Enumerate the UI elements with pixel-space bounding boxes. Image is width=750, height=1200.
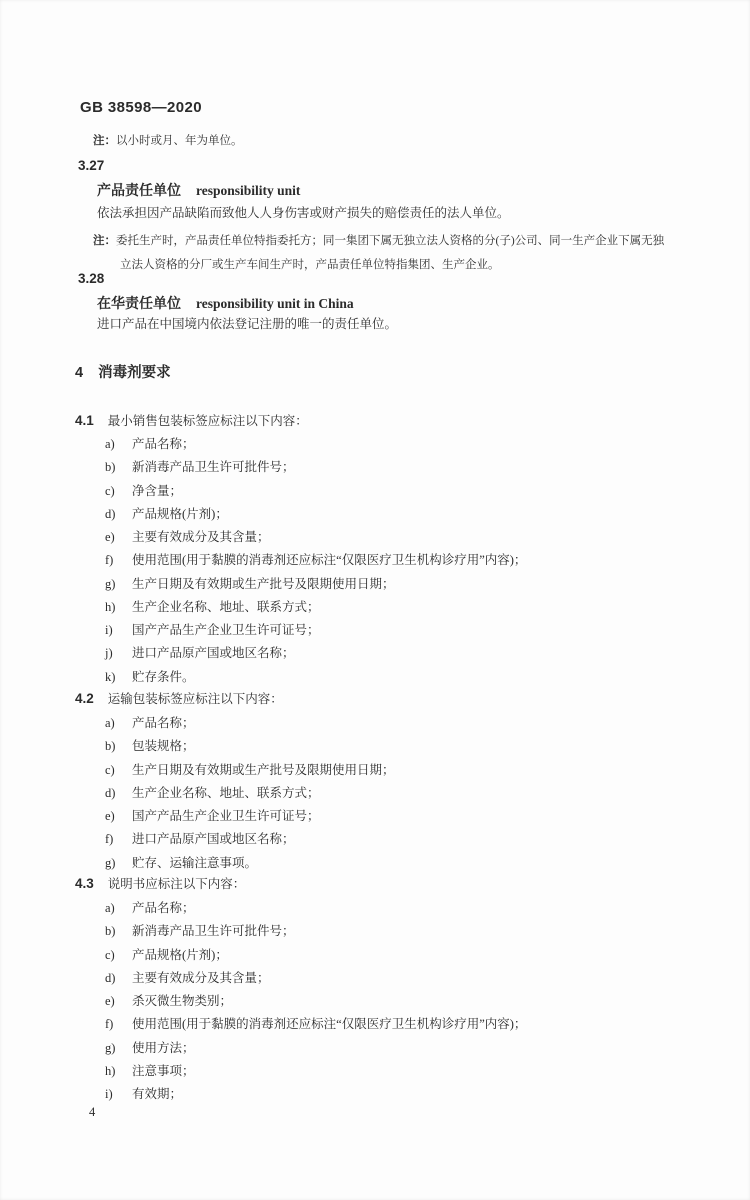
list-item: a)产品名称； [105, 712, 395, 735]
clause-text: 运输包装标签应标注以下内容： [108, 692, 283, 706]
note-line-2: 立法人资格的分厂或生产车间生产时，产品责任单位特指集团、生产企业。 [93, 254, 664, 278]
clause-number: 4.2 [75, 691, 94, 706]
item-marker: e) [105, 990, 132, 1013]
clause-4-1: 4.1最小销售包装标签应标注以下内容： [75, 411, 308, 431]
list-item: i)国产产品生产企业卫生许可证号； [105, 619, 526, 642]
list-item: h)注意事项； [105, 1060, 526, 1083]
list-item: c)净含量； [105, 480, 526, 503]
list-item: g)使用方法； [105, 1037, 526, 1060]
item-text: 主要有效成分及其含量； [132, 530, 270, 544]
clause-number: 4.1 [75, 413, 94, 428]
note-line-1: 注：委托生产时，产品责任单位特指委托方；同一集团下属无独立法人资格的分(子)公司… [93, 230, 664, 254]
item-text: 注意事项； [132, 1064, 195, 1078]
item-text: 产品名称； [132, 901, 195, 915]
item-marker: d) [105, 967, 132, 990]
item-text: 包装规格； [132, 739, 195, 753]
item-marker: h) [105, 1060, 132, 1083]
item-text: 生产企业名称、地址、联系方式； [132, 600, 320, 614]
item-marker: i) [105, 1083, 132, 1106]
clause-text: 最小销售包装标签应标注以下内容： [108, 414, 308, 428]
item-text: 产品名称； [132, 437, 195, 451]
item-text: 净含量； [132, 484, 182, 498]
clause-4-2: 4.2运输包装标签应标注以下内容： [75, 689, 283, 709]
term-title-en: responsibility unit [196, 183, 300, 198]
term-number-3-27: 3.27 [78, 158, 104, 175]
list-item: d)主要有效成分及其含量； [105, 967, 526, 990]
list-item: j)进口产品原产国或地区名称； [105, 642, 526, 665]
term-title-3-28: 在华责任单位responsibility unit in China [97, 294, 354, 314]
item-marker: a) [105, 433, 132, 456]
page-number: 4 [89, 1105, 95, 1121]
note-label: 注： [93, 235, 116, 247]
list-item: e)国产产品生产企业卫生许可证号； [105, 805, 395, 828]
list-item: b)包装规格； [105, 735, 395, 758]
list-item: e)主要有效成分及其含量； [105, 526, 526, 549]
item-marker: c) [105, 480, 132, 503]
top-note: 注：以小时或月、年为单位。 [93, 134, 243, 148]
clause-4-1-items: a)产品名称；b)新消毒产品卫生许可批件号；c)净含量；d)产品规格(片剂)；e… [105, 433, 526, 689]
clause-4-2-items: a)产品名称；b)包装规格；c)生产日期及有效期或生产批号及限期使用日期；d)生… [105, 712, 395, 875]
term-definition-3-28: 进口产品在中国境内依法登记注册的唯一的责任单位。 [97, 317, 397, 333]
clause-number: 4.3 [75, 876, 94, 891]
item-marker: d) [105, 782, 132, 805]
term-title-3-27: 产品责任单位responsibility unit [97, 181, 300, 201]
item-marker: h) [105, 596, 132, 619]
section-heading-4: 4消毒剂要求 [75, 364, 171, 382]
list-item: c)生产日期及有效期或生产批号及限期使用日期； [105, 759, 395, 782]
item-marker: a) [105, 712, 132, 735]
item-text: 进口产品原产国或地区名称； [132, 646, 295, 660]
item-marker: c) [105, 759, 132, 782]
list-item: b)新消毒产品卫生许可批件号； [105, 456, 526, 479]
term-title-zh: 在华责任单位 [97, 295, 181, 311]
list-item: e)杀灭微生物类别； [105, 990, 526, 1013]
list-item: h)生产企业名称、地址、联系方式； [105, 596, 526, 619]
clause-4-3: 4.3说明书应标注以下内容： [75, 874, 245, 894]
clause-text: 说明书应标注以下内容： [108, 877, 246, 891]
list-item: f)使用范围(用于黏膜的消毒剂还应标注“仅限医疗卫生机构诊疗用”内容)； [105, 549, 526, 572]
item-marker: g) [105, 573, 132, 596]
list-item: a)产品名称； [105, 897, 526, 920]
list-item: k)贮存条件。 [105, 666, 526, 689]
item-text: 生产日期及有效期或生产批号及限期使用日期； [132, 577, 395, 591]
item-marker: c) [105, 944, 132, 967]
item-text: 国产产品生产企业卫生许可证号； [132, 623, 320, 637]
list-item: c)产品规格(片剂)； [105, 944, 526, 967]
item-text: 主要有效成分及其含量； [132, 971, 270, 985]
item-marker: b) [105, 456, 132, 479]
term-definition-3-27: 依法承担因产品缺陷而致他人人身伤害或财产损失的赔偿责任的法人单位。 [97, 206, 510, 222]
term-note-3-27: 注：委托生产时，产品责任单位特指委托方；同一集团下属无独立法人资格的分(子)公司… [93, 230, 664, 277]
item-marker: e) [105, 805, 132, 828]
item-text: 杀灭微生物类别； [132, 994, 232, 1008]
item-marker: b) [105, 920, 132, 943]
list-item: g)生产日期及有效期或生产批号及限期使用日期； [105, 573, 526, 596]
item-text: 产品名称； [132, 716, 195, 730]
note-text: 以小时或月、年为单位。 [116, 135, 243, 147]
item-text: 有效期； [132, 1087, 182, 1101]
clause-4-3-items: a)产品名称；b)新消毒产品卫生许可批件号；c)产品规格(片剂)；d)主要有效成… [105, 897, 526, 1106]
item-marker: i) [105, 619, 132, 642]
section-number: 4 [75, 365, 83, 381]
document-page: GB 38598—2020 注：以小时或月、年为单位。 3.27 产品责任单位r… [0, 0, 750, 1200]
item-text: 产品规格(片剂)； [132, 507, 228, 521]
list-item: a)产品名称； [105, 433, 526, 456]
standard-number-header: GB 38598—2020 [80, 99, 202, 118]
item-text: 生产日期及有效期或生产批号及限期使用日期； [132, 763, 395, 777]
item-text: 生产企业名称、地址、联系方式； [132, 786, 320, 800]
list-item: d)产品规格(片剂)； [105, 503, 526, 526]
item-marker: j) [105, 642, 132, 665]
item-marker: b) [105, 735, 132, 758]
item-text: 产品规格(片剂)； [132, 948, 228, 962]
term-number-3-28: 3.28 [78, 271, 104, 288]
item-text: 进口产品原产国或地区名称； [132, 832, 295, 846]
item-text: 使用范围(用于黏膜的消毒剂还应标注“仅限医疗卫生机构诊疗用”内容)； [132, 553, 526, 567]
list-item: i)有效期； [105, 1083, 526, 1106]
item-marker: d) [105, 503, 132, 526]
item-text: 使用范围(用于黏膜的消毒剂还应标注“仅限医疗卫生机构诊疗用”内容)； [132, 1017, 526, 1031]
term-title-en: responsibility unit in China [196, 296, 354, 311]
item-text: 国产产品生产企业卫生许可证号； [132, 809, 320, 823]
item-marker: f) [105, 1013, 132, 1036]
section-title: 消毒剂要求 [98, 365, 171, 381]
item-text: 新消毒产品卫生许可批件号； [132, 924, 295, 938]
list-item: f)使用范围(用于黏膜的消毒剂还应标注“仅限医疗卫生机构诊疗用”内容)； [105, 1013, 526, 1036]
list-item: d)生产企业名称、地址、联系方式； [105, 782, 395, 805]
list-item: g)贮存、运输注意事项。 [105, 852, 395, 875]
list-item: f)进口产品原产国或地区名称； [105, 828, 395, 851]
item-marker: f) [105, 828, 132, 851]
note-text: 委托生产时，产品责任单位特指委托方；同一集团下属无独立法人资格的分(子)公司、同… [116, 235, 664, 247]
item-marker: k) [105, 666, 132, 689]
item-marker: e) [105, 526, 132, 549]
item-text: 贮存条件。 [132, 670, 195, 684]
item-marker: g) [105, 852, 132, 875]
list-item: b)新消毒产品卫生许可批件号； [105, 920, 526, 943]
item-text: 使用方法； [132, 1041, 195, 1055]
item-text: 贮存、运输注意事项。 [132, 856, 257, 870]
item-marker: f) [105, 549, 132, 572]
term-title-zh: 产品责任单位 [97, 182, 181, 198]
item-marker: a) [105, 897, 132, 920]
item-marker: g) [105, 1037, 132, 1060]
item-text: 新消毒产品卫生许可批件号； [132, 460, 295, 474]
note-label: 注： [93, 135, 116, 147]
